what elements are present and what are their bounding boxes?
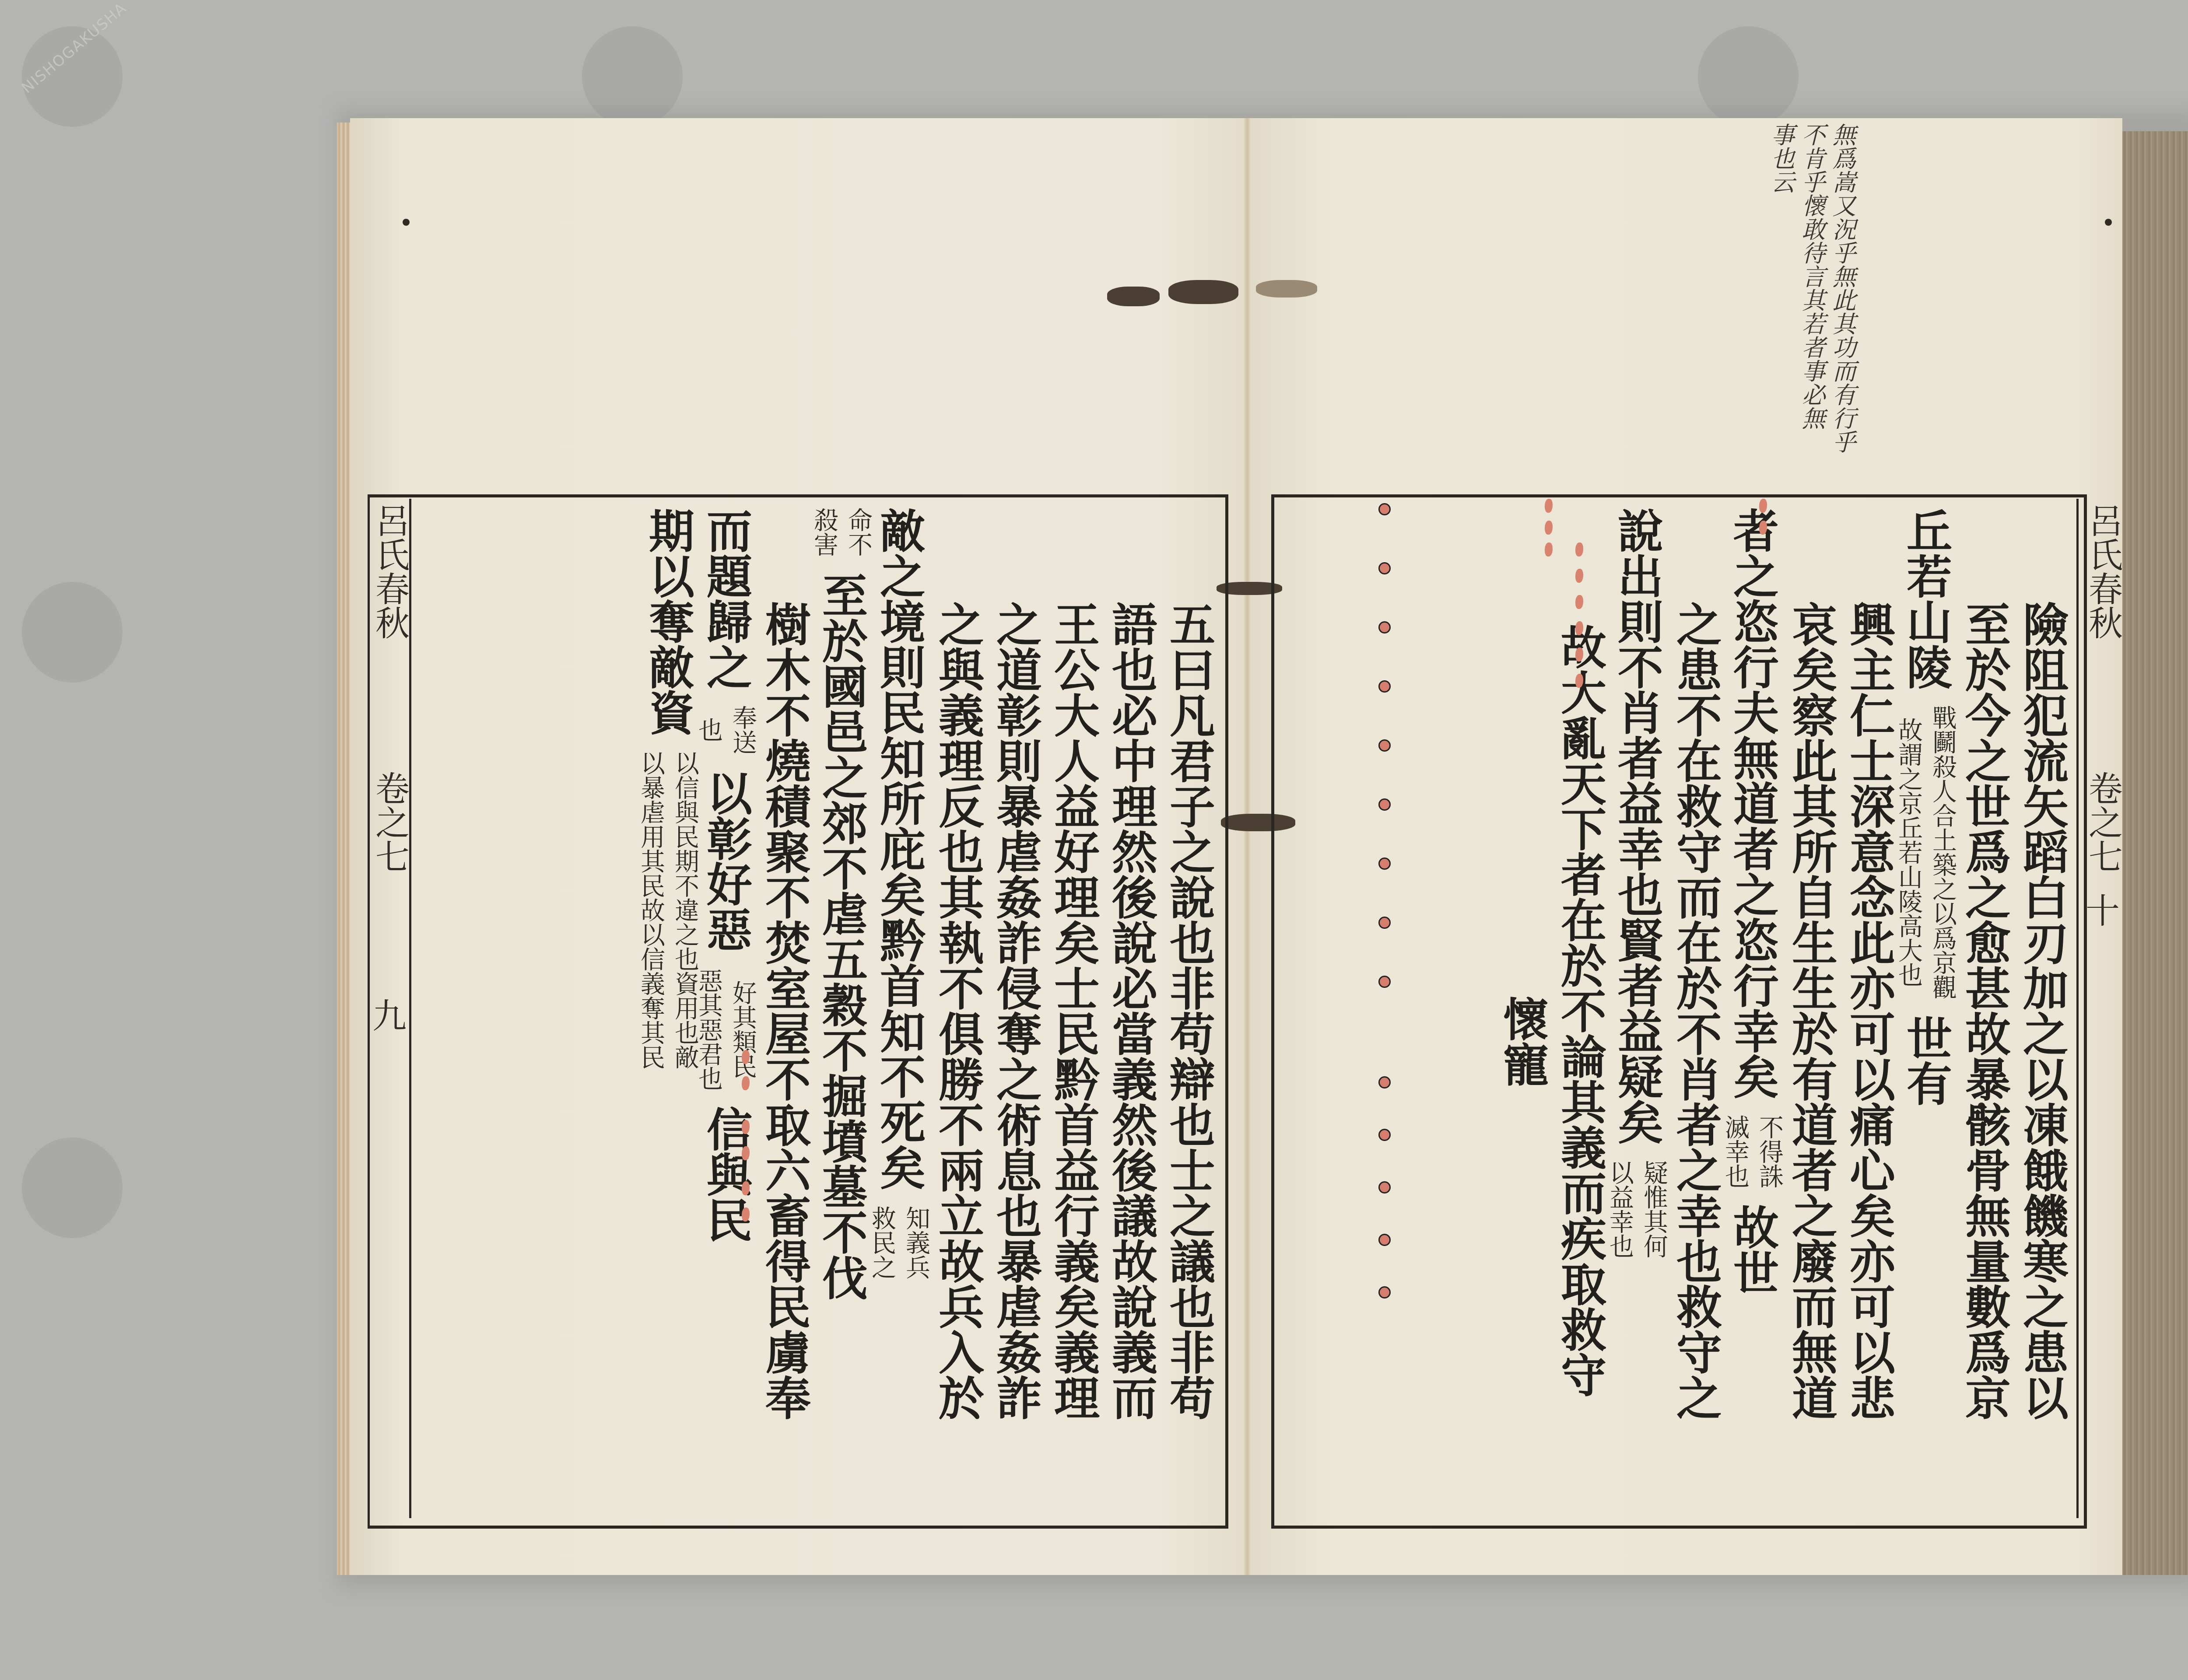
red-punctuation-mark — [1378, 739, 1391, 752]
red-punctuation-mark — [1378, 1076, 1391, 1088]
handwritten-line: 事也云 — [1768, 122, 1794, 455]
text-column: 敵之境則民知所庇矣黔首知不死矣 知義兵 救民之 — [870, 507, 928, 1514]
gutter — [1244, 118, 1250, 1575]
text-column: 哀矣察此其所自生生於有道者之廢而無道 — [1781, 507, 1839, 1514]
red-side-line — [742, 1146, 750, 1160]
handwritten-line: 無爲嵩又況乎無此其功而有行乎 — [1829, 122, 1855, 455]
red-side-line — [742, 1181, 750, 1195]
red-side-line — [742, 1120, 750, 1134]
red-side-line — [1575, 569, 1583, 583]
left-margin-title: 呂氏春秋 卷之七 九 — [370, 503, 409, 1038]
text-column: 五曰凡君子之說也非苟辯也士之議也非苟 — [1159, 507, 1217, 1514]
commentary-note: 命不 殺害 — [812, 507, 870, 556]
text-column: 之患不在救守而在於不肖者之幸也救守之 — [1666, 507, 1723, 1514]
red-punctuation-mark — [1378, 562, 1391, 574]
red-punctuation-mark — [1378, 1181, 1391, 1193]
red-side-line — [1545, 521, 1553, 535]
red-punctuation-mark — [1378, 503, 1391, 515]
red-side-line — [1759, 499, 1767, 513]
text-column: 之道彰則暴虐姦詐侵奪之術息也暴虐姦詐 — [985, 507, 1043, 1514]
watermark-logo — [22, 1137, 123, 1238]
left-page-text: 五曰凡君子之說也非苟辯也士之議也非苟 語也必中理然後說必當義然後議故說義而 王公… — [420, 507, 1217, 1514]
commentary-note: 疑惟其何 以益幸也 — [1608, 1160, 1666, 1258]
chapter-heading: 懷寵 — [1492, 507, 1550, 1514]
commentary-note: 不得誅 滅幸也 — [1723, 1115, 1781, 1188]
red-side-line — [1575, 621, 1583, 635]
red-punctuation-mark — [1378, 680, 1391, 693]
red-side-line — [1575, 674, 1583, 688]
marginal-handwritten-note: 無爲嵩又況乎無此其功而有行乎 不肯乎懷敢待言其若者事必無 事也云 — [1742, 122, 1855, 455]
banxin-rule — [409, 499, 411, 1518]
text-column: 丘若山陵 戰鬬殺人合土築之以爲京觀 故謂之京丘若山陵高大也 世有 — [1897, 507, 1954, 1514]
worm-hole — [2105, 219, 2112, 226]
red-punctuation-mark — [1378, 917, 1391, 929]
commentary-note: 奉送 也 — [697, 705, 754, 754]
text-column: 至於今之世爲之愈甚故暴骸骨無量數爲京 — [1954, 507, 2012, 1514]
text-column: 興主仁士深意念此亦可以痛心矣亦可以悲 — [1839, 507, 1897, 1514]
red-side-line — [1575, 542, 1583, 556]
red-side-line — [742, 1050, 750, 1064]
right-page-edges — [2122, 131, 2188, 1575]
red-punctuation-mark — [1378, 857, 1391, 870]
red-side-line — [1545, 499, 1553, 513]
right-page-text: 險阻犯流矢蹈白刃加之以凍餓饑寒之患以 至於今之世爲之愈甚故暴骸骨無量數爲京 丘若… — [1282, 507, 2070, 1514]
red-punctuation-mark — [1378, 1234, 1391, 1246]
banxin-rule — [2076, 499, 2079, 1518]
binding-thread-stain — [1107, 287, 1160, 306]
red-side-line — [742, 1207, 750, 1221]
red-side-line — [1575, 595, 1583, 609]
commentary-note: 好其類民 惡其惡君也 — [697, 968, 754, 1091]
text-column: 語也必中理然後說必當義然後議故說義而 — [1101, 507, 1159, 1514]
watermark-logo — [22, 582, 123, 682]
binding-thread-stain — [1168, 280, 1238, 304]
handwritten-line: 不肯乎懷敢待言其若者事必無 — [1799, 122, 1825, 455]
red-side-line — [742, 1076, 750, 1090]
text-column: 王公大人益好理矣士民黔首益行義矣義理 — [1043, 507, 1101, 1514]
binding-thread-stain — [1256, 280, 1317, 297]
red-side-line — [1545, 542, 1553, 556]
text-column: 期以奪敵資 以信與民期不違之也資用也敵 以暴虐用其民故以信義奪其民 — [639, 507, 697, 1514]
text-column: 之與義理反也其執不俱勝不兩立故兵入於 — [928, 507, 985, 1514]
text-column: 說出則不肖者益幸也賢者益疑矣 疑惟其何 以益幸也 — [1608, 507, 1666, 1514]
red-punctuation-mark — [1378, 621, 1391, 633]
text-column: 命不 殺害 至於國邑之郊不虐五穀不掘墳墓不伐 — [812, 507, 870, 1514]
red-punctuation-mark — [1378, 976, 1391, 988]
red-side-line — [1759, 521, 1767, 535]
right-margin-title: 呂氏春秋 卷之七 十 — [2083, 503, 2122, 933]
commentary-note: 以信與民期不違之也資用也敵 以暴虐用其民故以信義奪其民 — [639, 751, 697, 1069]
text-column: 樹木不燒積聚不焚室屋不取六畜得民虜奉 — [754, 507, 812, 1514]
text-column: 險阻犯流矢蹈白刃加之以凍餓饑寒之患以 — [2012, 507, 2070, 1514]
red-punctuation-mark — [1378, 1286, 1391, 1298]
worm-hole — [403, 219, 410, 226]
leaf-number: 九 — [372, 996, 407, 1038]
red-punctuation-mark — [1378, 798, 1391, 811]
red-side-line — [1575, 647, 1583, 661]
leaf-number: 十 — [2086, 891, 2120, 933]
commentary-note: 戰鬬殺人合土築之以爲京觀 故謂之京丘若山陵高大也 — [1897, 705, 1954, 999]
text-column: 而題歸之 奉送 也 以彰好惡 好其類民 惡其惡君也 信與民 — [697, 507, 754, 1514]
commentary-note: 知義兵 救民之 — [870, 1206, 928, 1279]
text-column: 者之恣行夫無道者之恣行幸矣 不得誅 滅幸也 故世 — [1723, 507, 1781, 1514]
red-punctuation-mark — [1378, 1129, 1391, 1141]
